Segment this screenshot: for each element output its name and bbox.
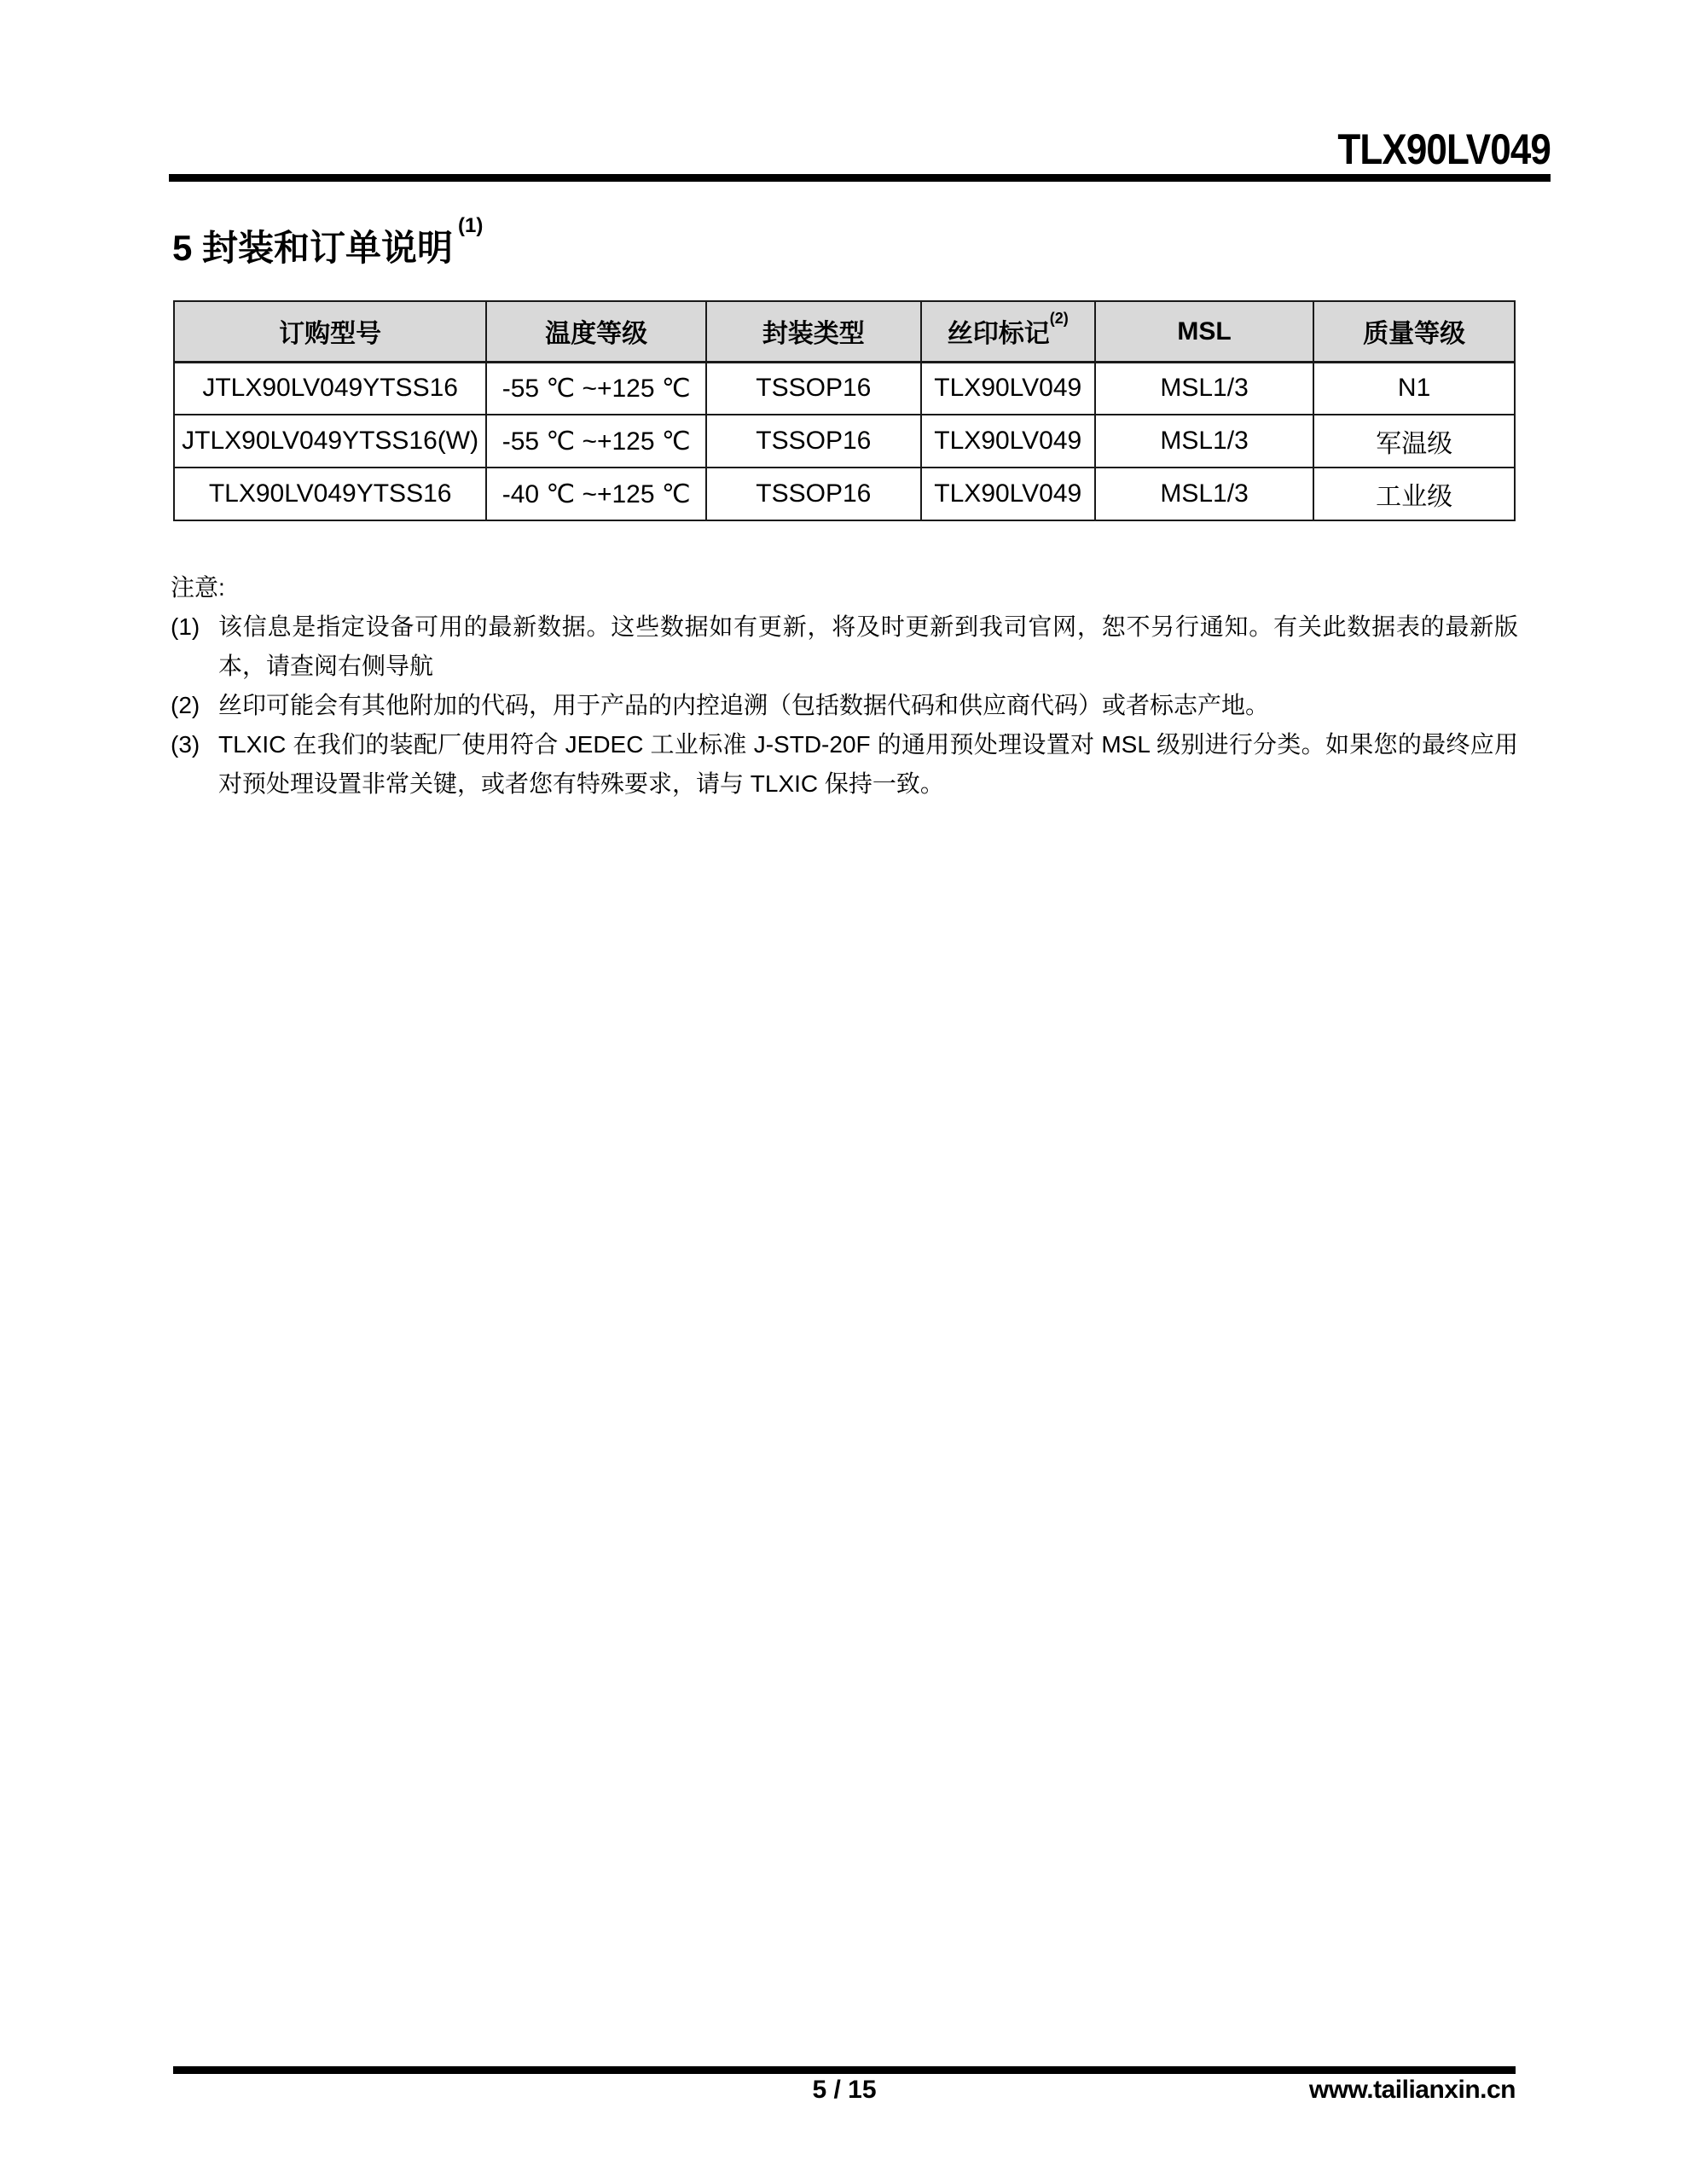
col-header-order-part-number: 订购型号 (174, 301, 486, 362)
cell-package-type: TSSOP16 (706, 362, 921, 415)
footer-rule (173, 2066, 1516, 2074)
note-item: (3) TLXIC 在我们的装配厂使用符合 JEDEC 工业标准 J-STD-2… (171, 725, 1518, 804)
cell-quality-grade: N1 (1313, 362, 1515, 415)
table-row: TLX90LV049YTSS16 -40 ℃ ~+125 ℃ TSSOP16 T… (174, 468, 1515, 520)
footer: 5 / 15 www.tailianxin.cn (173, 2076, 1516, 2110)
col-header-marking: 丝印标记(2) (921, 301, 1095, 362)
cell-temperature-grade: -55 ℃ ~+125 ℃ (486, 415, 706, 468)
section-title: 5 封装和订单说明(1) (172, 220, 483, 271)
note-number: (3) (171, 725, 218, 764)
cell-order-part-number: JTLX90LV049YTSS16(W) (174, 415, 486, 468)
col-header-package-type: 封装类型 (706, 301, 921, 362)
note-text: 丝印可能会有其他附加的代码，用于产品的内控追溯（包括数据代码和供应商代码）或者标… (218, 686, 1518, 725)
col-header-label: MSL (1177, 317, 1231, 346)
note-text: 该信息是指定设备可用的最新数据。这些数据如有更新，将及时更新到我司官网，恕不另行… (218, 607, 1518, 686)
table-row: JTLX90LV049YTSS16 -55 ℃ ~+125 ℃ TSSOP16 … (174, 362, 1515, 415)
doc-title: TLX90LV049 (334, 125, 1551, 174)
note-item: (2) 丝印可能会有其他附加的代码，用于产品的内控追溯（包括数据代码和供应商代码… (171, 686, 1518, 725)
col-header-quality-grade: 质量等级 (1313, 301, 1515, 362)
header-rule (169, 174, 1551, 182)
cell-order-part-number: JTLX90LV049YTSS16 (174, 362, 486, 415)
website-text: www.tailianxin.cn (1309, 2076, 1516, 2105)
cell-package-type: TSSOP16 (706, 468, 921, 520)
note-number: (1) (171, 607, 218, 647)
cell-marking: TLX90LV049 (921, 415, 1095, 468)
col-header-label: 质量等级 (1363, 320, 1465, 348)
col-header-label: 温度等级 (545, 320, 647, 348)
col-header-msl: MSL (1095, 301, 1313, 362)
cell-quality-grade: 工业级 (1313, 468, 1515, 520)
note-item: (1) 该信息是指定设备可用的最新数据。这些数据如有更新，将及时更新到我司官网，… (171, 607, 1518, 686)
cell-order-part-number: TLX90LV049YTSS16 (174, 468, 486, 520)
cell-marking: TLX90LV049 (921, 362, 1095, 415)
ordering-info-table: 订购型号 温度等级 封装类型 丝印标记(2) MSL 质量等级 JTLX90LV… (173, 300, 1516, 521)
section-title-text: 5 封装和订单说明 (172, 228, 453, 268)
cell-msl: MSL1/3 (1095, 468, 1313, 520)
cell-package-type: TSSOP16 (706, 415, 921, 468)
cell-msl: MSL1/3 (1095, 362, 1313, 415)
col-header-superscript: (2) (1050, 310, 1069, 327)
note-number: (2) (171, 686, 218, 725)
cell-temperature-grade: -55 ℃ ~+125 ℃ (486, 362, 706, 415)
cell-marking: TLX90LV049 (921, 468, 1095, 520)
table-row: JTLX90LV049YTSS16(W) -55 ℃ ~+125 ℃ TSSOP… (174, 415, 1515, 468)
notes-section: 注意: (1) 该信息是指定设备可用的最新数据。这些数据如有更新，将及时更新到我… (171, 568, 1518, 804)
cell-quality-grade: 军温级 (1313, 415, 1515, 468)
datasheet-page: TLX90LV049 5 封装和订单说明(1) 订购型号 温度等级 封装类型 丝… (0, 0, 1687, 2184)
col-header-label: 丝印标记 (948, 320, 1050, 348)
cell-temperature-grade: -40 ℃ ~+125 ℃ (486, 468, 706, 520)
col-header-label: 订购型号 (279, 320, 381, 348)
section-title-superscript: (1) (458, 214, 483, 237)
table-header-row: 订购型号 温度等级 封装类型 丝印标记(2) MSL 质量等级 (174, 301, 1515, 362)
cell-msl: MSL1/3 (1095, 415, 1313, 468)
col-header-temperature-grade: 温度等级 (486, 301, 706, 362)
notes-label: 注意: (171, 568, 1518, 607)
note-text: TLXIC 在我们的装配厂使用符合 JEDEC 工业标准 J-STD-20F 的… (218, 725, 1518, 804)
col-header-label: 封装类型 (762, 320, 865, 348)
